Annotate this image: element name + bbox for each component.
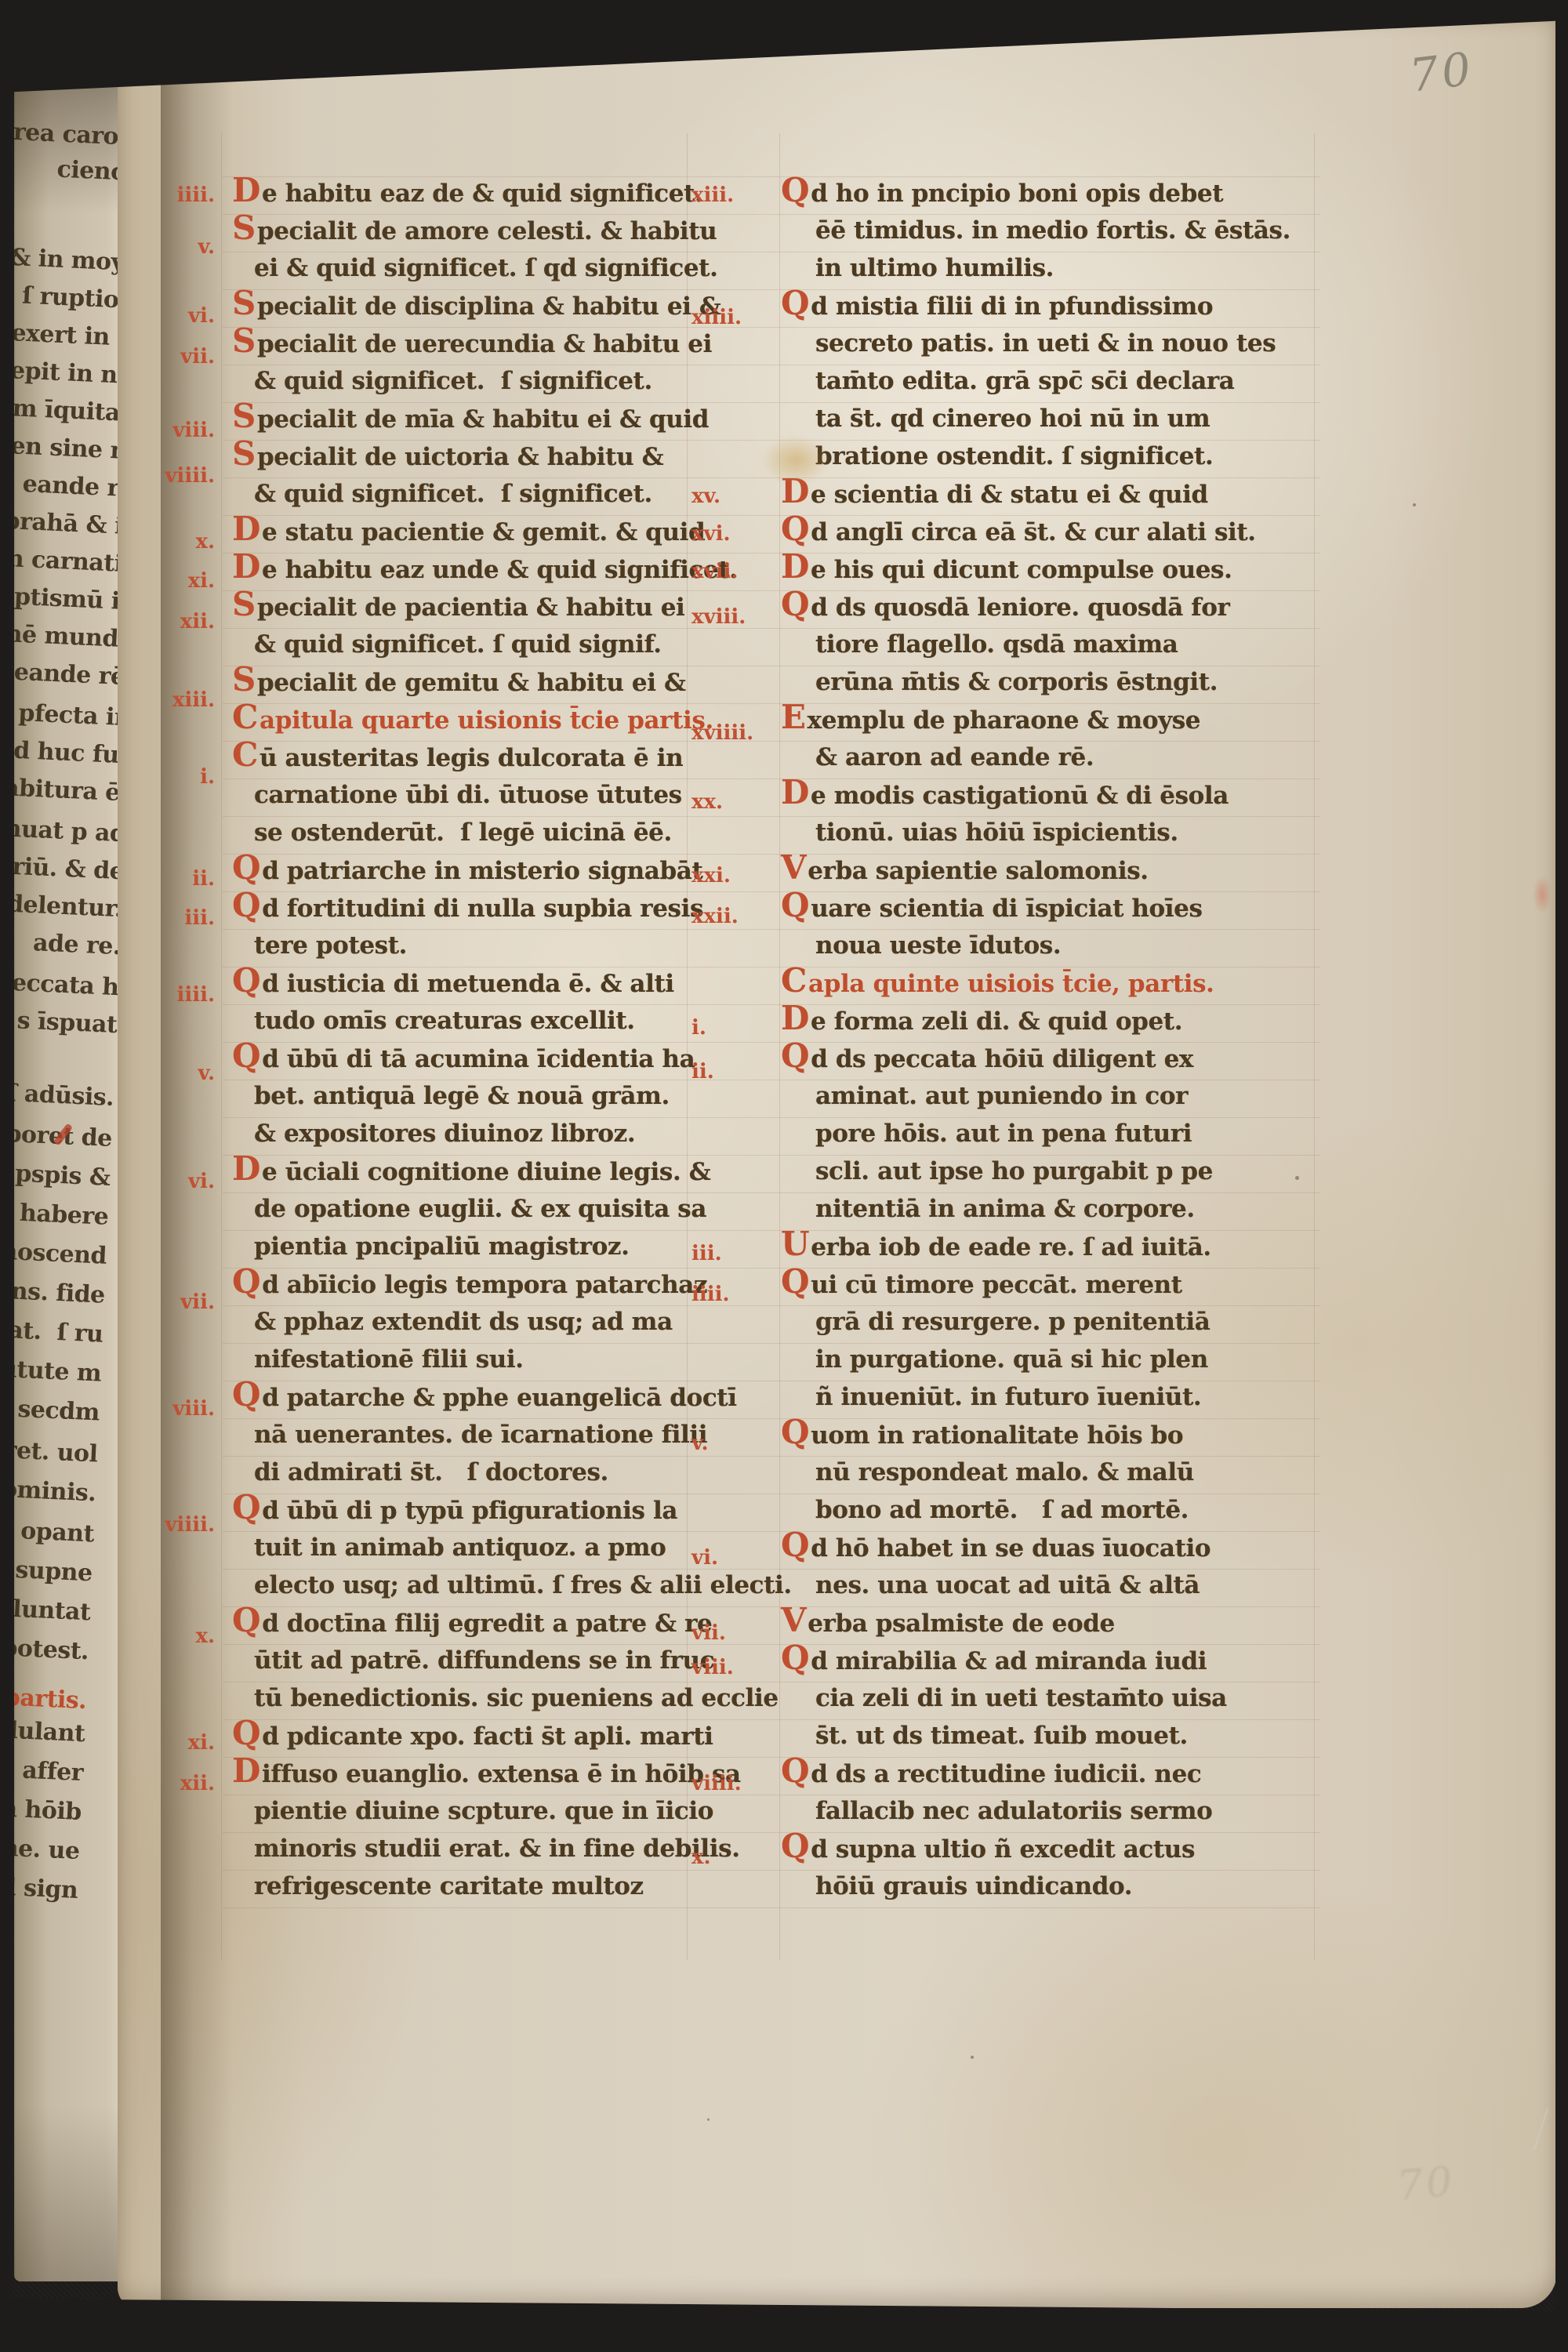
margin-numeral: viiii. <box>146 1513 215 1537</box>
margin-numeral: xv. <box>691 485 720 508</box>
entry-initial: E <box>781 698 806 736</box>
text-line: nifestationē filii sui. <box>254 1345 524 1374</box>
entry-initial: Q <box>781 1751 809 1790</box>
entry-initial: Q <box>232 1036 260 1075</box>
backdrop-right-edge <box>1555 0 1568 2352</box>
previous-page-text-fragment: ens debet habere <box>14 1193 109 1231</box>
margin-numeral: xxi. <box>691 864 731 887</box>
margin-numeral: xviiii. <box>691 721 753 745</box>
entry-initial: Q <box>232 1714 260 1752</box>
entry-initial: Q <box>781 1262 809 1301</box>
margin-numeral: ii. <box>691 1060 714 1083</box>
text-line: & quid significet. ſ significet. <box>254 480 652 508</box>
previous-page-text-fragment: eande rē. <box>14 659 133 691</box>
margin-numeral: viiii. <box>691 1772 742 1795</box>
previous-page-text-fragment: sib spū sco s īspuat <box>14 1000 118 1039</box>
previous-page-text-fragment: nerib xpi peccata h <box>14 963 119 1001</box>
margin-numeral: vi. <box>146 1170 215 1193</box>
text-line: bratione ostendit. ſ significet. <box>815 442 1213 470</box>
previous-page-rubric-fragment: ns t̄cie partis. <box>14 1679 87 1715</box>
text-line: tudo omīs creaturas excellit. <box>254 1007 635 1035</box>
previous-page-text-fragment: scrutari potest. <box>14 1629 89 1665</box>
entry-initial: Q <box>781 1036 809 1075</box>
entry-initial: Q <box>232 1375 260 1414</box>
entry-initial: Q <box>781 585 809 623</box>
entry-initial: Q <box>781 284 809 322</box>
previous-page-text-fragment: s celestis. discipline. ue <box>14 1824 80 1865</box>
margin-numeral: xi. <box>146 569 215 593</box>
stain <box>762 436 829 485</box>
text-line: Qd ho in pncipio boni opis debet <box>781 179 1223 208</box>
previous-page-text-fragment: o di in denariū. & de <box>14 846 125 885</box>
entry-initial: S <box>232 397 256 435</box>
text-line: electo usq; ad ultimū. ſ fres & alii ele… <box>254 1571 792 1599</box>
text-line: Qd ūbū di p typū pfigurationis la <box>232 1496 677 1525</box>
text-line: pientia pncipaliū magistroz. <box>254 1232 630 1261</box>
margin-numeral: vii. <box>146 345 215 368</box>
margin-numeral: iii. <box>691 1242 722 1265</box>
entry-initial: Q <box>232 886 260 924</box>
text-line: & quid significet. ſ significet. <box>254 367 652 395</box>
previous-page-text-fragment: clia caret. ad huc fut <box>14 730 130 769</box>
text-line: de opatione euglii. & ex quisita sa <box>254 1195 706 1223</box>
text-line: Specialit de pacientia & habitu ei <box>232 593 684 622</box>
previous-page-text-fragment: te bonū in pspis & <box>14 1153 111 1191</box>
margin-numeral: viii. <box>146 419 215 442</box>
margin-numeral: xiii. <box>691 183 734 207</box>
text-line: tuit in animab antiquoz. a pmo <box>254 1534 666 1562</box>
text-line: Specialit de amore celesti. & habitu <box>232 216 717 245</box>
margin-numeral: xviii. <box>691 605 746 629</box>
text-line: nū respondeat malo. & malū <box>815 1458 1194 1486</box>
text-line: nitentiā in anima & corpore. <box>815 1195 1195 1223</box>
text-line: tere potest. <box>254 931 407 960</box>
text-line: De his qui dicunt compulse oues. <box>781 555 1232 584</box>
entry-initial: S <box>232 209 256 247</box>
text-line: Qd patriarche in misterio signabāt <box>232 856 702 885</box>
previous-page-text-fragment: ariū. ſ delentur. <box>14 886 123 923</box>
text-line: De scientia di & statu ei & quid <box>781 480 1208 509</box>
rubric-line: Capla quinte uisiois t̄cie, partis. <box>781 969 1214 998</box>
previous-page-text-fragment: plurimū fructū affer <box>14 1748 84 1787</box>
margin-numeral: viii. <box>691 1656 734 1679</box>
margin-numeral: v. <box>146 235 215 259</box>
previous-page-text-fragment: endat de ūtute m <box>14 1350 102 1388</box>
text-line: & aaron ad eande rē. <box>815 743 1094 771</box>
entry-initial: S <box>232 585 256 623</box>
folio-number: 70 <box>1406 42 1476 102</box>
text-line: Qd mistia filii di in pfundissimo <box>781 292 1213 321</box>
margin-numeral: xiii. <box>146 688 215 712</box>
entry-initial: C <box>232 698 258 736</box>
entry-initial: D <box>781 547 809 586</box>
entry-initial: Q <box>781 886 809 924</box>
text-line: refrigescente caritate multoz <box>254 1872 644 1900</box>
margin-numeral: ii. <box>146 867 215 891</box>
text-line: aminat. aut puniendo in cor <box>815 1082 1188 1110</box>
text-line: nā uenerantes. de īcarnatione filii <box>254 1421 707 1449</box>
previous-page-text-fragment: ā habitura ē. <box>14 772 129 807</box>
text-line: ñ inueniūt. in futuro īueniūt. <box>815 1383 1201 1411</box>
text-line: tam̄to edita. grā spc̄ sc̄i declara <box>815 367 1235 395</box>
text-line: Specialit de disciplina & habitu ei & <box>232 292 721 321</box>
margin-numeral: viii. <box>146 1397 215 1421</box>
ruling-vertical-left <box>221 133 222 1960</box>
text-line: Specialit de gemitu & habitu ei & <box>232 668 686 697</box>
margin-numeral: vii. <box>146 1290 215 1314</box>
text-line: di admirati s̄t. ſ doctores. <box>254 1458 608 1486</box>
speck <box>971 2056 974 2059</box>
entry-initial: Q <box>781 1827 809 1865</box>
text-line: pore hōis. aut in pena futuri <box>815 1120 1192 1148</box>
rubric-line: Capitula quarte uisionis t̄cie partis. <box>232 706 713 735</box>
text-line: Diffuso euanglio. extensa ē in hōib sa <box>232 1759 741 1788</box>
previous-page-text-fragment: otione colat. ſ ru <box>14 1311 103 1348</box>
text-line: Specialit de uerecundia & habitu ei <box>232 329 712 358</box>
text-line: Specialit de mīa & habitu ei & quid <box>232 405 709 434</box>
text-line: & pphaz extendit ds usq; ad ma <box>254 1308 673 1336</box>
entry-initial: C <box>232 735 258 774</box>
entry-initial: D <box>232 1751 260 1790</box>
text-line: grā di resurgere. p penitentiā <box>815 1308 1210 1336</box>
margin-numeral: x. <box>146 1624 215 1648</box>
text-line: Exemplu de pharaone & moyse <box>781 706 1200 735</box>
margin-numeral: i. <box>691 1016 706 1040</box>
previous-page-text-fragment: umer attenuat p ad <box>14 809 126 848</box>
text-line: De habitu eaz de & quid significet. <box>232 179 702 208</box>
entry-initial: Q <box>232 1262 260 1301</box>
entry-initial: Q <box>781 1413 809 1451</box>
text-line: Qd mirabilia & ad miranda iudi <box>781 1646 1207 1675</box>
text-line: Qd abīicio legis tempora patarchaz <box>232 1270 707 1299</box>
entry-initial: Q <box>232 961 260 1000</box>
margin-numeral: xxii. <box>691 905 739 928</box>
margin-numeral: x. <box>691 1846 711 1869</box>
margin-numeral: v. <box>146 1062 215 1085</box>
text-line: bet. antiquā legē & nouā grām. <box>254 1082 670 1110</box>
margin-numeral: x. <box>146 530 215 554</box>
text-line: Qd doctīna filij egredit a patre & re <box>232 1609 712 1638</box>
previous-page-text-fragment: uel finē ei in opant <box>14 1509 95 1548</box>
speck <box>707 2118 710 2121</box>
previous-page-text-fragment: onē ad cognoscend <box>14 1232 107 1270</box>
text-line: scli. aut ipse ho purgabit p pe <box>815 1157 1213 1185</box>
margin-numeral: iiii. <box>146 983 215 1007</box>
previous-page-text-fragment: tre ut pficeret. uol <box>14 1429 98 1468</box>
ruling-vertical-right <box>1314 133 1315 1960</box>
text-line: se ostenderūt. ſ legē uicinā ēē. <box>254 818 672 847</box>
text-line: in purgatione. quā si hic plen <box>815 1345 1208 1374</box>
margin-numeral: iii. <box>146 906 215 930</box>
text-line: Qui cū timore peccāt. merent <box>781 1270 1182 1299</box>
text-line: Qd ds peccata hōiū diligent ex <box>781 1044 1193 1073</box>
entry-initial: S <box>232 660 256 699</box>
previous-page-text-fragment: deptionē hominis. <box>14 1469 96 1507</box>
text-line: Qd anglī circa eā s̄t. & cur alati sit. <box>781 517 1256 546</box>
margin-numeral: vii. <box>691 1621 726 1645</box>
text-line: carnatione ūbi di. ūtuose ūtutes <box>254 781 682 809</box>
entry-initial: V <box>781 848 806 887</box>
entry-initial: D <box>781 773 809 811</box>
entry-initial: Q <box>232 1601 260 1639</box>
previous-page-text-fragment: & malū. ſ adūsis. <box>14 1074 114 1112</box>
margin-numeral: vi. <box>691 1546 718 1570</box>
backdrop-left-edge <box>0 0 16 2352</box>
text-line: bono ad mortē. ſ ad mortē. <box>815 1496 1189 1524</box>
entry-initial: S <box>232 434 256 473</box>
text-line: & expositores diuinoz libroz. <box>254 1120 635 1148</box>
text-line: tionū. uias hōiū īspicientis. <box>815 818 1178 847</box>
margin-numeral: xii. <box>146 1772 215 1795</box>
entry-initial: D <box>781 999 809 1037</box>
margin-numeral: xiiii. <box>691 306 742 329</box>
text-line: Qd ds quosdā leniore. quosdā for <box>781 593 1229 622</box>
text-line: De forma zeli di. & quid opet. <box>781 1007 1182 1036</box>
text-line: Qd hō habet in se duas īuocatio <box>781 1534 1210 1563</box>
speck <box>1295 1176 1299 1180</box>
entry-initial: Q <box>781 171 809 209</box>
previous-page-text-fragment: uictorie & quid sign <box>14 1865 78 1904</box>
text-line: tū benedictionis. sic pueniens ad ecclie <box>254 1684 779 1712</box>
previous-page-text-fragment: ad huc in pfecta in <box>14 694 132 732</box>
entry-initial: Q <box>232 848 260 887</box>
margin-numeral: iiii. <box>691 1283 730 1306</box>
text-line: cia zeli di in ueti testam̄to uisa <box>815 1684 1227 1712</box>
entry-initial: C <box>781 961 807 1000</box>
entry-initial: Q <box>232 1488 260 1526</box>
margin-numeral: v. <box>691 1432 709 1455</box>
text-line: in ultimo humilis. <box>815 254 1054 282</box>
previous-page-text-fragment: ributionē uoluntat <box>14 1588 91 1627</box>
text-line: Uerba iob de eade re. ſ ad iuitā. <box>781 1232 1211 1261</box>
entry-initial: U <box>781 1225 809 1263</box>
text-line: Qd ds a rectitudine iudicii. nec <box>781 1759 1201 1788</box>
text-line: minoris studii erat. & in fine debilis. <box>254 1835 740 1863</box>
text-line: De modis castigationū & di ēsola <box>781 781 1229 810</box>
text-line: erūna m̄tis & corporis ēstngit. <box>815 668 1218 696</box>
text-line: Qd fortitudini di nulla supbia resis <box>232 894 703 923</box>
entry-initial: Q <box>781 1639 809 1677</box>
entry-initial: Q <box>781 1526 809 1564</box>
entry-initial: Q <box>781 510 809 548</box>
text-line: pientie diuine scpture. que in īicio <box>254 1797 713 1825</box>
text-line: Verba sapientie salomonis. <box>781 856 1149 885</box>
text-line: Qd iusticia di metuenda ē. & alti <box>232 969 674 998</box>
margin-numeral: xx. <box>691 790 723 814</box>
margin-numeral: xii. <box>146 610 215 633</box>
text-line: Specialit de uictoria & habitu & <box>232 442 663 471</box>
entry-initial: D <box>232 510 260 548</box>
text-line: tiore flagello. qsdā maxima <box>815 630 1178 659</box>
stain <box>1534 877 1551 913</box>
text-line: ūtit ad patrē. diffundens se in fruc <box>254 1646 714 1675</box>
text-line: ēē timidus. in medio fortis. & ēstās. <box>815 216 1290 245</box>
previous-page-text-fragment: ā ūtutes opant in hōib <box>14 1786 82 1826</box>
text-line: hōiū grauis uindicando. <box>815 1872 1132 1900</box>
margin-numeral: viiii. <box>146 464 215 488</box>
folio-number-ghost: 70 <box>1396 2158 1457 2210</box>
entry-initial: D <box>232 547 260 586</box>
text-line: ei & quid significet. ſ qd significet. <box>254 254 717 282</box>
previous-page-text-fragment: ade re. <box>32 929 121 960</box>
text-line: noua ueste īdutos. <box>815 931 1061 960</box>
margin-numeral: xi. <box>146 1731 215 1755</box>
text-line: De statu pacientie & gemit. & quid <box>232 517 705 546</box>
text-line: Qd supna ultio ñ excedit actus <box>781 1835 1195 1864</box>
manuscript-photo: uia cinerea caro s̄t.ciencia.s. ſ ham & … <box>0 0 1568 2352</box>
entry-initial: D <box>232 171 260 209</box>
text-line: & quid significet. ſ quid signif. <box>254 630 662 659</box>
text-line: Cū austeritas legis dulcorata ē in <box>232 743 683 772</box>
text-line: De habitu eaz unde & quid significet. <box>232 555 738 584</box>
entry-initial: S <box>232 284 256 322</box>
previous-page-text-fragment: ē in mundū secdm <box>14 1388 100 1427</box>
text-line: Qd pdicante xpo. facti s̄t apli. marti <box>232 1722 713 1751</box>
text-line: fallacib nec adulatoriis sermo <box>815 1797 1212 1825</box>
text-line: nes. una uocat ad uitā & altā <box>815 1571 1200 1599</box>
speck <box>1413 503 1416 506</box>
previous-page-text-fragment: ū aut finē supne <box>14 1550 93 1587</box>
text-line: Quare scientia di īspiciat hoīes <box>781 894 1203 923</box>
margin-numeral: xvi. <box>691 522 731 546</box>
text-line: Quom in rationalitate hōis bo <box>781 1421 1183 1450</box>
margin-numeral: vi. <box>146 304 215 328</box>
entry-initial: S <box>232 321 256 360</box>
text-line: Qd ūbū di tā acumina īcidentia ha <box>232 1044 695 1073</box>
text-line: secreto patis. in ueti & in nouo tes <box>815 329 1276 358</box>
ruling-vertical-right-col <box>779 133 780 1960</box>
text-line: Verba psalmiste de eode <box>781 1609 1115 1638</box>
text-line: De ūciali cognitione diuine legis. & <box>232 1157 710 1186</box>
entry-initial: D <box>232 1149 260 1188</box>
margin-numeral: xvii. <box>691 560 738 583</box>
previous-page-text-fragment: lemtis ēstans. fide <box>14 1271 105 1309</box>
margin-numeral: i. <box>146 765 215 789</box>
text-line: ta s̄t. qd cinereo hoi nū in um <box>815 405 1210 433</box>
entry-initial: V <box>781 1601 806 1639</box>
text-line: s̄t. ut ds timeat. ſuib mouet. <box>815 1722 1188 1750</box>
text-line: Qd patarche & pphe euangelicā doctī <box>232 1383 737 1412</box>
margin-numeral: iiii. <box>146 183 215 207</box>
